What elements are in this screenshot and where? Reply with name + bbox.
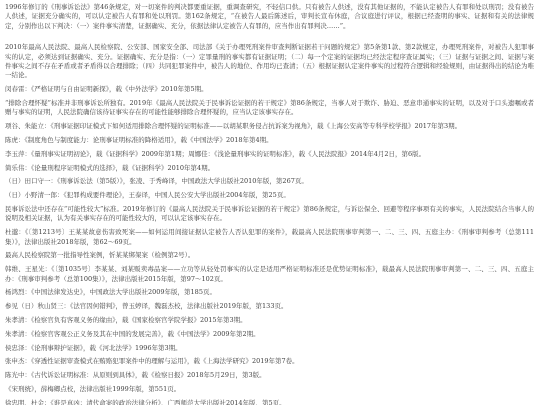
reference-paragraph: 闵春雷：《严格证明与自由证明新探》，载《中外法学》2010年第5期。 xyxy=(5,85,534,94)
reference-paragraph: 徐忠明、杜金：《谁是真凶：清代命案的政治法律分析》，广西师范大学出版社2014年… xyxy=(5,399,534,405)
reference-paragraph: 简乐伟：《论量刑程序证明模式的选择》，载《证据科学》2010年第4期。 xyxy=(5,164,534,173)
reference-paragraph: 最高人民检察院第一批指导性案例，忻某某绑架案（检例第2号）。 xyxy=(5,251,534,260)
reference-paragraph: 陈光中：《古代诉讼证明标准：从原则到具体》，载《检察日报》2018年5月29日，… xyxy=(5,371,534,380)
reference-paragraph: （日）田口守一：《刑事诉讼法（第5版）》，张凌、于秀峰译，中国政法大学出版社20… xyxy=(5,177,534,186)
reference-paragraph: 项谷、朱能立：《刑事证据印证模式下如何适用排除合理怀疑的证明标准——以胡某职务侵… xyxy=(5,122,534,131)
reference-paragraph: 陈虎：《制度角色与制度能力：论刑事证明标准的降格适用》，载《中国法学》2018年… xyxy=(5,136,534,145)
reference-paragraph: 侯忠泽：《论刑事辩护证据》，载《河北法学》1996年第3期。 xyxy=(5,344,534,353)
reference-paragraph: 1996年修订的《刑事诉讼法》第46条规定，对一切案件的判决都要重证据，重调查研… xyxy=(5,3,534,31)
reference-paragraph: 参见（日）秋山贤三：《法官因何错判》，曾玉婷译，魏磊杰校，法律出版社2019年版… xyxy=(5,302,534,311)
reference-paragraph: 2010年最高人民法院、最高人民检察院、公安部、国家安全部、司法部《关于办理死刑… xyxy=(5,43,534,81)
document-page: 1996年修订的《刑事诉讼法》第46条规定，对一切案件的判决都要重证据，重调查研… xyxy=(0,0,540,405)
reference-paragraph: 杨鸿烈：《中国法律发达史》，中国政法大学出版社2009年版，第185页。 xyxy=(5,288,534,297)
reference-paragraph: （日）小野清一郎：《犯罪构成要件理论》，王泰译，中国人民公安大学出版社2004年… xyxy=(5,191,534,200)
reference-paragraph: 李玉萍：《量刑事实证明初论》，载《证据科学》2009年第1期；周娜佳：《浅论量刑… xyxy=(5,150,534,159)
reference-paragraph: 《宋刑统》，薛梅卿点校，法律出版社1999年版，第551页。 xyxy=(5,385,534,394)
reference-paragraph: 杜邈：《〔第1213号〕王某某故意伤害致死案——如何运用间接证据认定被告人否认犯… xyxy=(5,228,534,247)
reference-paragraph: 民事诉讼法中还存在“可能性较大”标准。2019年修订的《最高人民法院关于民事诉讼… xyxy=(5,205,534,224)
reference-paragraph: 韩维、王星光：《〔第1035号〕李某某、刘某贩卖毒品案——立功等从轻处罚事实的认… xyxy=(5,265,534,284)
reference-paragraph: 朱孝清：《检察官客观公正义务及其在中国的发展完善》，载《中国法学》2009年第2… xyxy=(5,330,534,339)
reference-paragraph: 朱孝清：《检察官负有客观义务的缘由》，载《国家检察官学院学报》2015年第3期。 xyxy=(5,316,534,325)
reference-paragraph: “排除合理怀疑”标准并非刑事诉讼所独有。2019年《最高人民法院关于民事诉讼证据… xyxy=(5,99,534,118)
reference-paragraph: 张申杰：《穿透性证据审查模式在贿赂犯罪案件中的理解与运用》，载《上海法学研究》2… xyxy=(5,357,534,366)
references-list: 1996年修订的《刑事诉讼法》第46条规定，对一切案件的判决都要重证据，重调查研… xyxy=(5,3,534,405)
